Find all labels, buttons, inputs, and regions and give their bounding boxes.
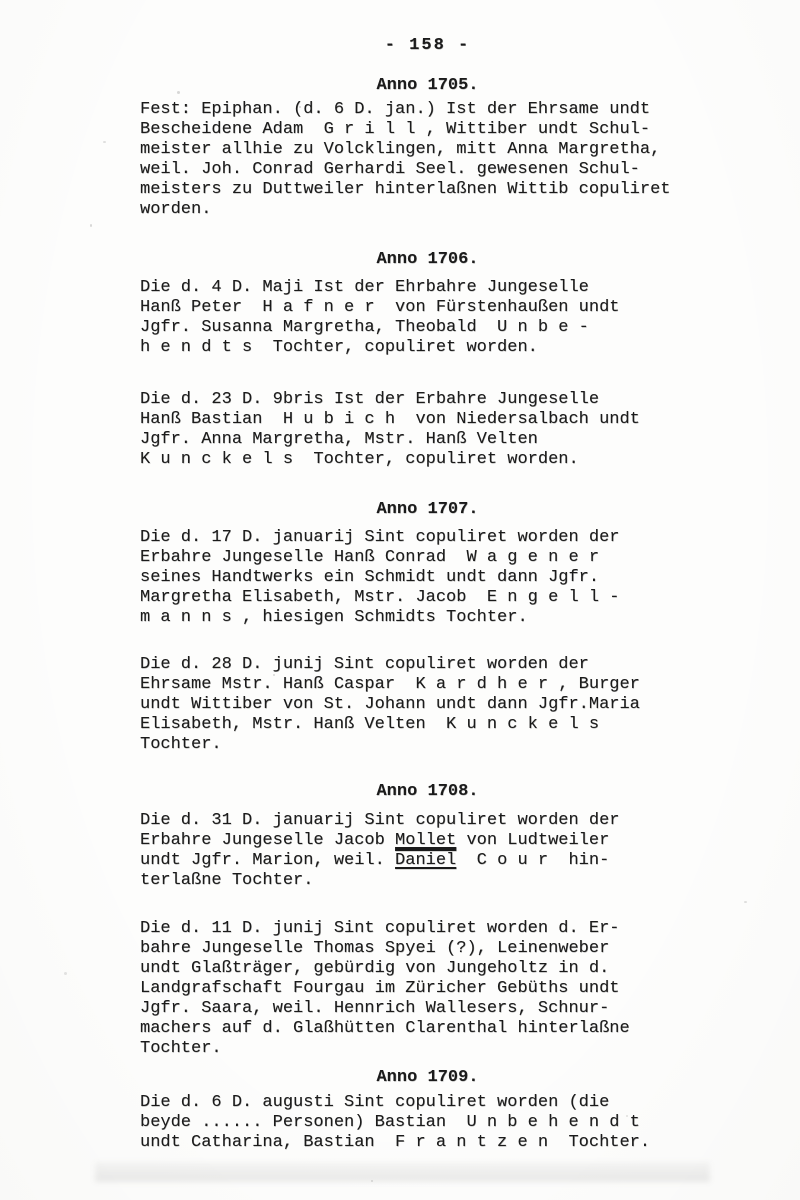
entry-line: weil. Joh. Conrad Gerhardi Seel. gewesen… (140, 160, 715, 180)
entry-paragraph: Die d. 31 D. januarij Sint copuliret wor… (140, 811, 715, 891)
scan-speck (371, 1180, 373, 1182)
entry-paragraph: Die d. 17 D. januarij Sint copuliret wor… (140, 528, 715, 628)
entry-paragraph: Fest: Epiphan. (d. 6 D. jan.) Ist der Eh… (140, 100, 715, 220)
entry-line: Fest: Epiphan. (d. 6 D. jan.) Ist der Eh… (140, 100, 715, 120)
entry-line: Die d. 11 D. junij Sint copuliret worden… (140, 919, 715, 939)
entry-line: K u n c k e l s Tochter, copuliret worde… (140, 450, 715, 470)
scan-speck (90, 224, 92, 227)
entry-line: bahre Jungeselle Thomas Spyei (?), Leine… (140, 939, 715, 959)
entry-line: undt Jgfr. Marion, weil. Daniel C o u r … (140, 851, 715, 871)
entry-paragraph: Die d. 28 D. junij Sint copuliret worden… (140, 655, 715, 755)
document-page: - 158 - Anno 1705.Fest: Epiphan. (d. 6 D… (0, 0, 800, 1200)
year-heading: Anno 1708. (140, 782, 715, 802)
entry-line: Landgrafschaft Fourgau im Züricher Gebüt… (140, 979, 715, 999)
underlined-name: Daniel (395, 851, 456, 870)
entry-line: Ehrsame Mstr. Hanß Caspar K a r d h e r … (140, 675, 715, 695)
entry-line: Jgfr. Saara, weil. Hennrich Wallesers, S… (140, 999, 715, 1019)
entry-line: Erbahre Jungeselle Jacob Mollet von Ludt… (140, 831, 715, 851)
entry-line: Die d. 28 D. junij Sint copuliret worden… (140, 655, 715, 675)
entry-line: Elisabeth, Mstr. Hanß Velten K u n c k e… (140, 715, 715, 735)
year-heading: Anno 1705. (140, 76, 715, 96)
entry-paragraph: Die d. 4 D. Maji Ist der Ehrbahre Junges… (140, 278, 715, 358)
entry-line: h e n d t s Tochter, copuliret worden. (140, 338, 715, 358)
sections-container: Anno 1705.Fest: Epiphan. (d. 6 D. jan.) … (140, 76, 715, 1153)
entry-paragraph: Die d. 23 D. 9bris Ist der Erbahre Junge… (140, 390, 715, 470)
entry-line: Die d. 31 D. januarij Sint copuliret wor… (140, 811, 715, 831)
entry-line: Die d. 23 D. 9bris Ist der Erbahre Junge… (140, 390, 715, 410)
entry-line: Tochter. (140, 1039, 715, 1059)
entry-line: m a n n s , hiesigen Schmidts Tochter. (140, 608, 715, 628)
entry-line: seines Handtwerks ein Schmidt undt dann … (140, 568, 715, 588)
entry-line: Margretha Elisabeth, Mstr. Jacob E n g e… (140, 588, 715, 608)
text-column: - 158 - Anno 1705.Fest: Epiphan. (d. 6 D… (140, 36, 715, 1153)
scan-speck (64, 972, 67, 975)
year-heading: Anno 1707. (140, 500, 715, 520)
entry-line: Jgfr. Susanna Margretha, Theobald U n b … (140, 318, 715, 338)
entry-line: worden. (140, 200, 715, 220)
entry-line: meister allhie zu Volcklingen, mitt Anna… (140, 140, 715, 160)
entry-line: undt Glaßträger, gebürdig von Jungeholtz… (140, 959, 715, 979)
entry-line: undt Catharina, Bastian F r a n t z e n … (140, 1133, 715, 1153)
entry-paragraph: Die d. 11 D. junij Sint copuliret worden… (140, 919, 715, 1059)
page-number: - 158 - (140, 36, 715, 56)
entry-line: Jgfr. Anna Margretha, Mstr. Hanß Velten (140, 430, 715, 450)
entry-line: meisters zu Duttweiler hinterlaßnen Witt… (140, 180, 715, 200)
entry-paragraph: Die d. 6 D. augusti Sint copuliret worde… (140, 1093, 715, 1153)
scan-speck (103, 141, 106, 143)
entry-line: beyde ...... Personen) Bastian U n b e h… (140, 1113, 715, 1133)
entry-line: terlaßne Tochter. (140, 871, 715, 891)
scan-speck (744, 901, 747, 903)
entry-line: machers auf d. Glaßhütten Clarenthal hin… (140, 1019, 715, 1039)
entry-line: Hanß Bastian H u b i c h von Niedersalba… (140, 410, 715, 430)
underlined-name: Mollet (395, 831, 456, 850)
entry-line: Die d. 6 D. augusti Sint copuliret worde… (140, 1093, 715, 1113)
entry-line: Erbahre Jungeselle Hanß Conrad W a g e n… (140, 548, 715, 568)
entry-line: Bescheidene Adam G r i l l , Wittiber un… (140, 120, 715, 140)
entry-line: undt Wittiber von St. Johann undt dann J… (140, 695, 715, 715)
year-heading: Anno 1709. (140, 1068, 715, 1088)
entry-line: Tochter. (140, 735, 715, 755)
entry-line: Die d. 4 D. Maji Ist der Ehrbahre Junges… (140, 278, 715, 298)
entry-line: Hanß Peter H a f n e r von Fürstenhaußen… (140, 298, 715, 318)
scan-smudge (95, 1162, 710, 1182)
entry-line: Die d. 17 D. januarij Sint copuliret wor… (140, 528, 715, 548)
year-heading: Anno 1706. (140, 250, 715, 270)
